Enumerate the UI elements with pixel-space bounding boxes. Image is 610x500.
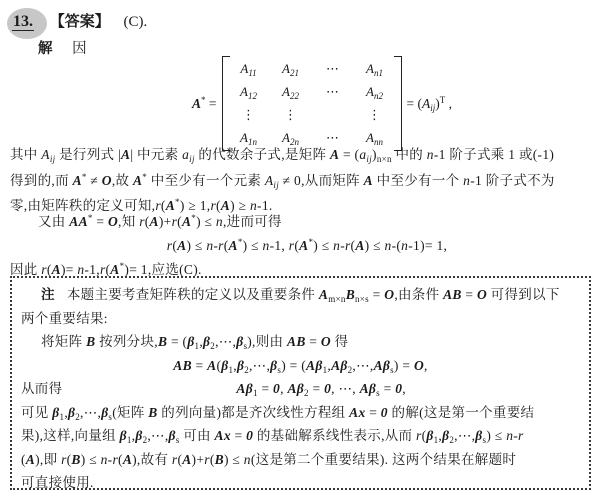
solution-paragraph-1: 其中 Aij 是行列式 |A| 中元素 aij 的代数余子式,是矩阵 A = (…: [10, 142, 604, 219]
problem-number-wrap: 13.: [12, 13, 34, 31]
note-line: (A),即 r(B) ≤ n-r(A),故有 r(A)+r(B) ≤ n(这是第…: [21, 448, 580, 472]
matrix-cell: ⋯: [320, 82, 346, 102]
matrix-left-bracket: [222, 56, 230, 151]
solution-paragraph-2: 又由 AA* = O,知 r(A)+r(A*) ≤ n,进而可得 r(A) ≤ …: [10, 210, 604, 282]
note-line: 将矩阵 B 按列分块,B = (β1,β2,⋯,βs),则由 AB = O 得: [21, 330, 580, 354]
document-page: 13. 【答案】 (C). 解 因 A* = A11A21⋯An1A12A22⋯…: [0, 0, 610, 500]
matrix-cell: A11: [236, 59, 262, 79]
note-line: 可见 β1,β2,⋯,βs(矩阵 B 的列向量)都是齐次线性方程组 Ax = 0…: [21, 401, 580, 425]
matrix-cell: An1: [362, 59, 388, 79]
matrix-rhs: = (Aij)T ,: [407, 96, 453, 112]
problem-header: 13. 【答案】 (C).: [12, 10, 147, 31]
note-line: 从而得 Aβ1 = 0, Aβ2 = 0, ⋯, Aβs = 0,: [21, 377, 580, 401]
solution-intro: 解 因: [38, 37, 87, 58]
matrix-lhs: A* =: [192, 96, 217, 112]
note-line: 注本题主要考查矩阵秩的定义以及重要条件 Am×nBn×s = O,由条件 AB …: [21, 283, 580, 307]
column-solutions-equation: Aβ1 = 0, Aβ2 = 0, ⋯, Aβs = 0,: [62, 377, 580, 401]
adjugate-matrix-equation: A* = A11A21⋯An1A12A22⋯An2⋮⋮⋮A1nA2n⋯Ann =…: [192, 56, 452, 151]
rank-inequality-equation: r(A) ≤ n-r(A*) ≤ n-1, r(A*) ≤ n-r(A) ≤ n…: [10, 234, 604, 258]
matrix-cell: ⋮: [362, 105, 388, 125]
matrix-cell: ⋮: [278, 105, 304, 125]
solution-line: 又由 AA* = O,知 r(A)+r(A*) ≤ n,进而可得: [10, 210, 604, 234]
note-line: 可直接使用.: [21, 471, 580, 495]
note-line: 果),这样,向量组 β1,β2,⋯,βs 可由 Ax = 0 的基础解系线性表示…: [21, 424, 580, 448]
block-product-equation: AB = A(β1,β2,⋯,βs) = (Aβ1,Aβ2,⋯,Aβs) = O…: [21, 354, 580, 378]
answer-label: 【答案】: [50, 14, 110, 30]
note-text: 本题主要考查矩阵秩的定义以及重要条件 Am×nBn×s = O,由条件 AB =…: [67, 287, 560, 302]
note-line: 两个重要结果:: [21, 307, 580, 331]
matrix-cell: ⋯: [320, 59, 346, 79]
matrix-cell: A22: [278, 82, 304, 102]
matrix-cell: An2: [362, 82, 388, 102]
matrix-cell: A21: [278, 59, 304, 79]
solve-label: 解: [38, 41, 53, 57]
matrix-cell: A12: [236, 82, 262, 102]
answer-value: (C).: [124, 14, 148, 30]
problem-number: 13.: [12, 13, 34, 31]
matrix-grid: A11A21⋯An1A12A22⋯An2⋮⋮⋮A1nA2n⋯Ann: [230, 56, 394, 151]
matrix-right-bracket: [394, 56, 402, 151]
matrix-cell: ⋮: [236, 105, 262, 125]
therefore-label: 从而得: [21, 377, 62, 401]
solution-line: 得到的,而 A* ≠ O,故 A* 中至少有一个元素 Aij ≠ 0,从而矩阵 …: [10, 168, 604, 194]
note-box: 注本题主要考查矩阵秩的定义以及重要条件 Am×nBn×s = O,由条件 AB …: [10, 276, 591, 490]
because-word: 因: [72, 41, 87, 57]
solution-line: 其中 Aij 是行列式 |A| 中元素 aij 的代数余子式,是矩阵 A = (…: [10, 142, 604, 168]
note-label: 注: [41, 287, 55, 302]
